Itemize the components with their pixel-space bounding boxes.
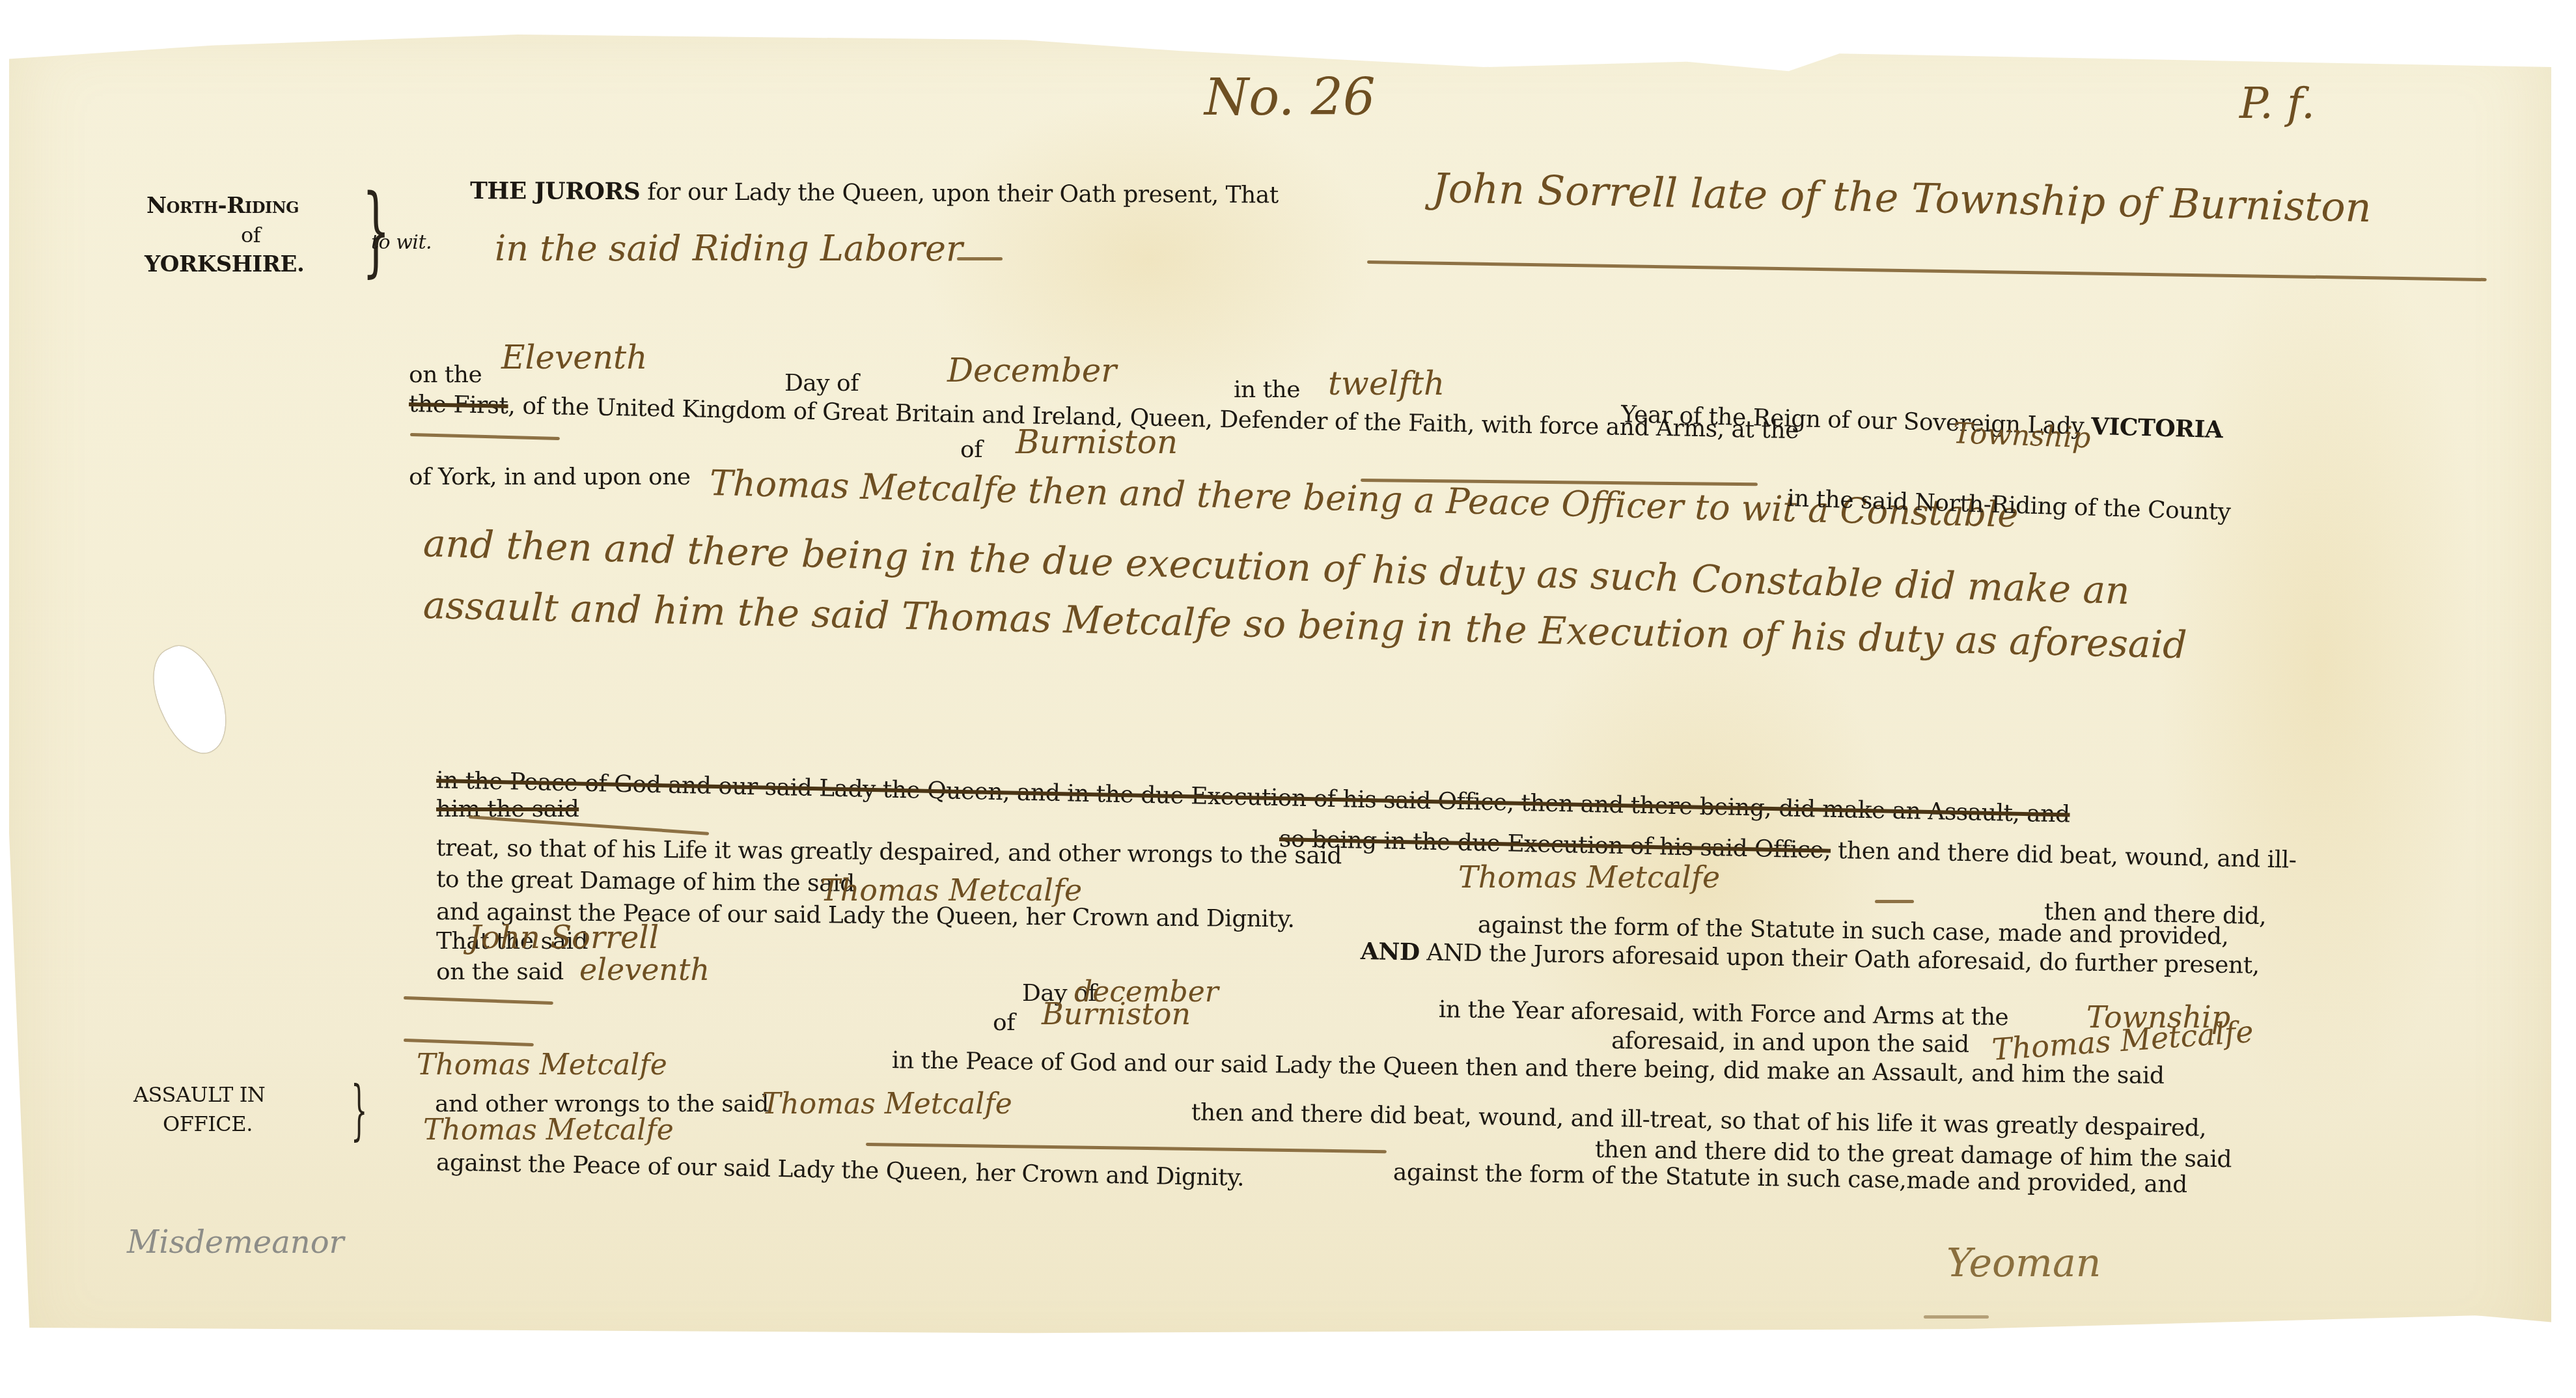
day-field-2: eleventh [579, 952, 710, 987]
jurors-heading: THE JURORS [470, 177, 641, 205]
print-of: of [960, 436, 982, 464]
fill-line [1875, 900, 1914, 903]
to-wit: to wit. [371, 229, 432, 257]
underline [1924, 1315, 1989, 1319]
jurisdiction-line3: YORKSHIRE. [145, 251, 304, 278]
defendant-occupation-field: in the said Riding Laborer [495, 228, 963, 269]
print-on-the-said: on the said [436, 958, 564, 986]
place-type-field: Township [1952, 417, 2091, 454]
print-of-2: of [993, 1009, 1015, 1037]
document-number: No. 26 [1204, 68, 1376, 127]
print-day-of: Day of [784, 370, 859, 397]
victim-name-field-5: Thomas Metcalfe [417, 1048, 667, 1082]
margin-title-line1: ASSAULT IN [133, 1081, 265, 1108]
stain [2157, 214, 2483, 1125]
jurisdiction-line1: North-Riding [146, 192, 299, 219]
print-line-12: to the great Damage of him the said [436, 866, 855, 898]
margin-title-line2: OFFICE. [163, 1110, 253, 1138]
day-field: Eleventh [501, 339, 647, 376]
defendant-name-field-2: John Sorrell [469, 919, 659, 956]
pencil-note: Misdemeanor [127, 1224, 344, 1261]
victim-name-field-6: Thomas Metcalfe [762, 1087, 1012, 1121]
print-line-1: THE JURORS for our Lady the Queen, upon … [470, 177, 1279, 210]
regnal-year-field: twelfth [1328, 365, 1445, 402]
place-field-2: Burniston [1042, 996, 1191, 1031]
month-field: December [947, 352, 1116, 389]
print-of-york: of York, in and upon one [409, 464, 691, 491]
victim-name-field-2: Thomas Metcalfe [1458, 860, 1720, 895]
jurisdiction-line2: of [241, 221, 260, 249]
print-in-and-upon: aforesaid, in and upon the said [1611, 1028, 1969, 1059]
struck-text: the First [409, 391, 508, 419]
print-on-the: on the [409, 361, 482, 389]
print-in-the: in the [1234, 376, 1300, 404]
place-field: Burniston [1016, 423, 1178, 461]
brace-icon: } [351, 1078, 367, 1143]
endorsement: Yeoman [1946, 1240, 2101, 1286]
fill-line [957, 257, 1003, 260]
corner-mark: P. f. [2239, 78, 2315, 128]
victim-name-field-7: Thomas Metcalfe [423, 1113, 674, 1147]
